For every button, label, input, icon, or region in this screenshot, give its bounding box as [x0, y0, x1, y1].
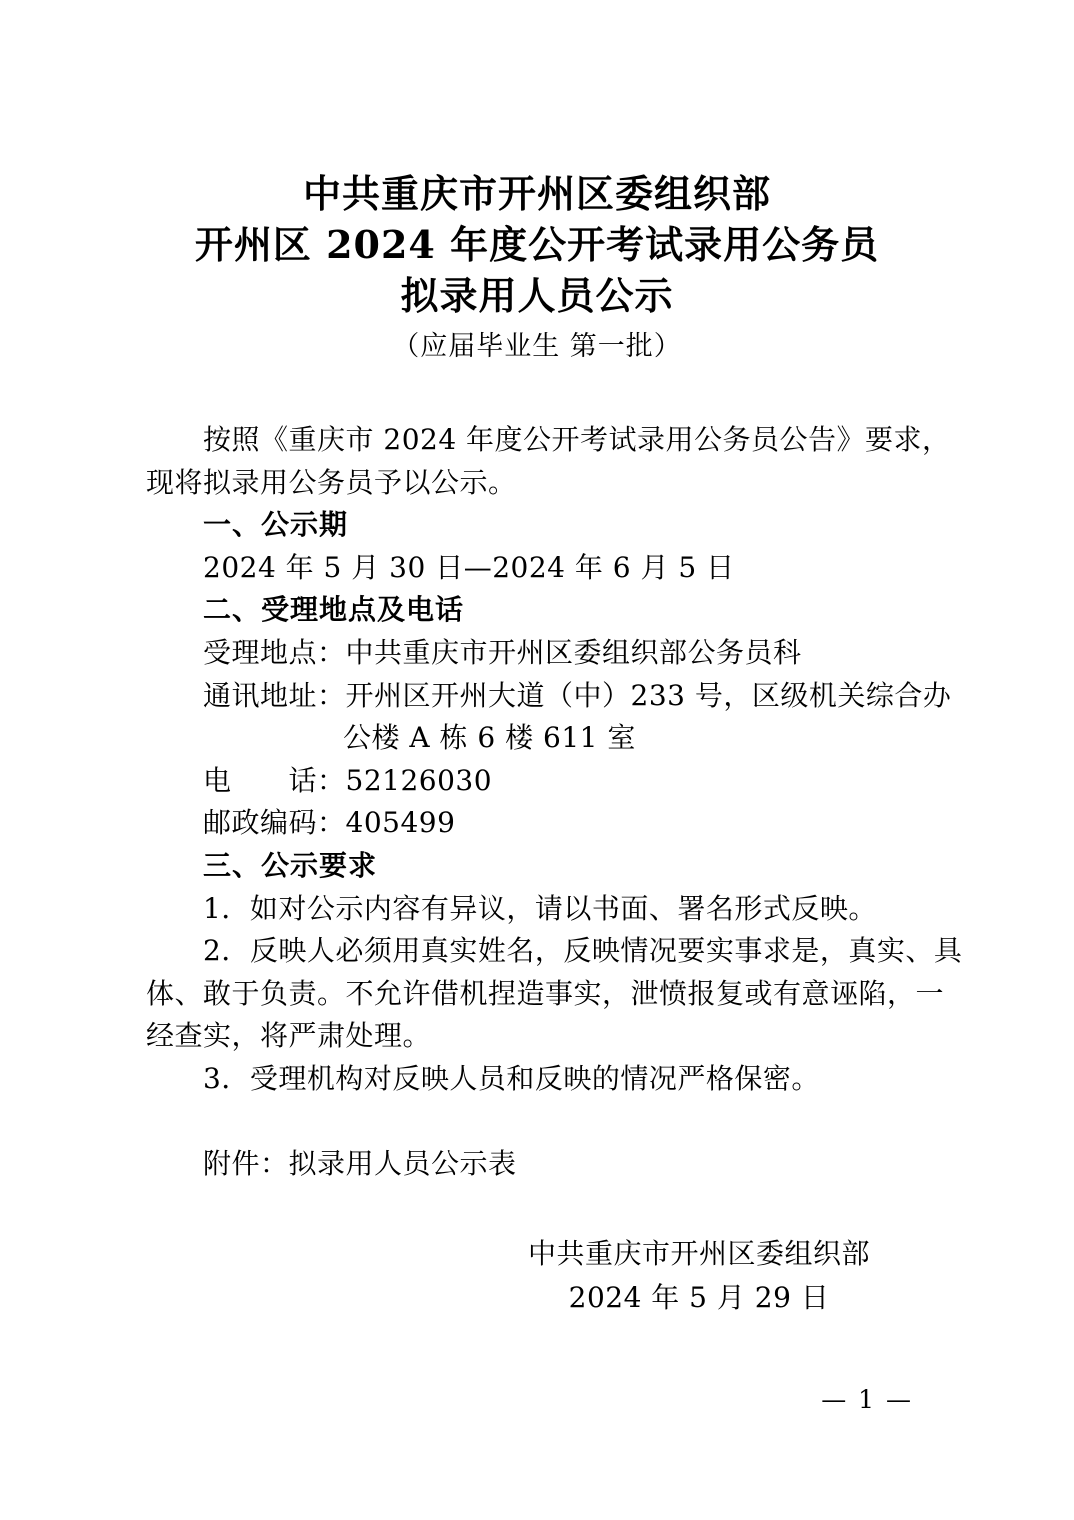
title-subtitle-batch: （应届毕业生 第一批）: [0, 325, 1074, 369]
intro-line-1: 按照《重庆市 2024 年度公开考试录用公务员公告》要求，: [146, 419, 946, 462]
requirement-2-line-2: 体、敢于负责。不允许借机捏造事实，泄愤报复或有意诬陷，一: [146, 973, 946, 1016]
requirement-2-line-1: 2．反映人必须用真实姓名，反映情况要实事求是，真实、具: [146, 930, 946, 973]
document-title: 中共重庆市开州区委组织部 开州区 2024 年度公开考试录用公务员 拟录用人员公…: [0, 168, 1074, 369]
title-line-org: 中共重庆市开州区委组织部: [0, 168, 1074, 219]
intro-line-2: 现将拟录用公务员予以公示。: [146, 462, 946, 505]
page-number: — 1 —: [821, 1386, 913, 1414]
postal-code: 邮政编码：405499: [146, 802, 946, 845]
attachment-reference: 附件：拟录用人员公示表: [146, 1143, 946, 1186]
title-line-announcement: 拟录用人员公示: [0, 270, 1074, 321]
signature-date: 2024 年 5 月 29 日: [528, 1276, 870, 1320]
document-page: 中共重庆市开州区委组织部 开州区 2024 年度公开考试录用公务员 拟录用人员公…: [0, 0, 1074, 1520]
publicity-period-dates: 2024 年 5 月 30 日—2024 年 6 月 5 日: [146, 547, 946, 590]
mailing-address-line-1: 通讯地址：开州区开州大道（中）233 号，区级机关综合办: [146, 675, 946, 718]
acceptance-location: 受理地点：中共重庆市开州区委组织部公务员科: [146, 632, 946, 675]
requirement-3: 3．受理机构对反映人员和反映的情况严格保密。: [146, 1058, 946, 1101]
requirement-2-line-3: 经查实，将严肃处理。: [146, 1015, 946, 1058]
section-3-heading: 三、公示要求: [146, 845, 946, 888]
mailing-address-line-2: 公楼 A 栋 6 楼 611 室: [146, 717, 946, 760]
signature-block: 中共重庆市开州区委组织部 2024 年 5 月 29 日: [528, 1232, 870, 1320]
section-1-heading: 一、公示期: [146, 504, 946, 547]
title-line-exam: 开州区 2024 年度公开考试录用公务员: [0, 219, 1074, 270]
requirement-1: 1．如对公示内容有异议，请以书面、署名形式反映。: [146, 888, 946, 931]
phone-number: 电 话：52126030: [146, 760, 946, 803]
document-body: 按照《重庆市 2024 年度公开考试录用公务员公告》要求， 现将拟录用公务员予以…: [146, 419, 946, 1185]
signature-organization: 中共重庆市开州区委组织部: [528, 1232, 870, 1276]
section-2-heading: 二、受理地点及电话: [146, 589, 946, 632]
